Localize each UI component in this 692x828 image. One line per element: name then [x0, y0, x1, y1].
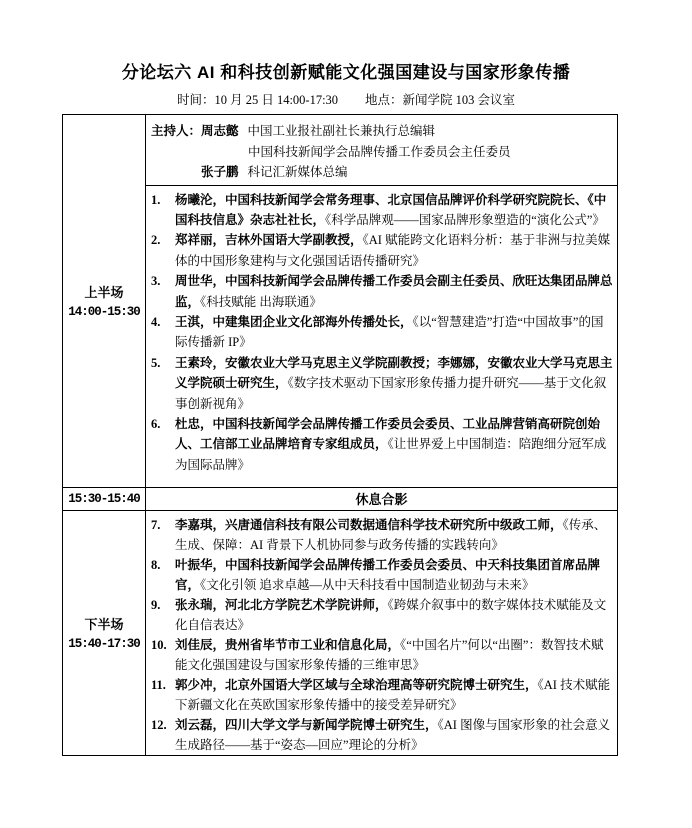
host-name: 张子鹏 [201, 165, 239, 179]
break-label-cell: 休息合影 [146, 487, 618, 510]
item-text: 王素玲，安徽农业大学马克思主义学院副教授；李娜娜，安徽农业大学马克思主义学院硕士… [175, 353, 613, 414]
item-number: 10. [151, 635, 175, 655]
session-time: 14:00-15:30 [63, 305, 145, 319]
host-name: 周志懿 [201, 124, 239, 138]
item-number: 3. [151, 271, 175, 291]
item-talk-title: 《科技赋能 出海联通》 [200, 295, 322, 309]
host-title: 科记汇新媒体总编 [248, 165, 348, 179]
break-time-cell: 15:30-15:40 [63, 487, 146, 510]
agenda-item: 5.王素玲，安徽农业大学马克思主义学院副教授；李娜娜，安徽农业大学马克思主义学院… [151, 353, 613, 414]
agenda-item: 12.刘云磊，四川大学文学与新闻学院博士研究生，《AI 图像与国家形象的社会意义… [151, 715, 613, 755]
item-speaker: 张永瑞，河北北方学院艺术学院讲师， [175, 598, 388, 612]
item-text: 周世华，中国科技新闻学会品牌传播工作委员会副主任委员、欣旺达集团品牌总监，《科技… [175, 271, 613, 312]
agenda-item: 6.杜忠，中国科技新闻学会品牌传播工作委员会委员、工业品牌营销高研院创始人、工信… [151, 414, 613, 475]
session-label: 上半场 [63, 282, 145, 301]
meta-time: 时间：10 月 25 日 14:00-17:30 [177, 93, 338, 107]
host-line: 中国科技新闻学会品牌传播工作委员会主任委员 [151, 142, 613, 163]
agenda-item: 1.杨曦沦，中国科技新闻学会常务理事、北京国信品牌评价科学研究院院长、《中国科技… [151, 190, 613, 231]
agenda-item: 2.郑祥丽，吉林外国语大学副教授，《AI 赋能跨文化语料分析：基于非洲与拉美媒体… [151, 230, 613, 271]
item-number: 7. [151, 515, 175, 535]
item-text: 王淇，中建集团企业文化部海外传播处长，《以“智慧建造”打造“中国故事”的国际传播… [175, 312, 613, 353]
session-label: 下半场 [63, 614, 145, 633]
item-number: 5. [151, 353, 175, 373]
item-text: 张永瑞，河北北方学院艺术学院讲师，《跨媒介叙事中的数字媒体技术赋能及文化自信表达… [175, 595, 613, 635]
host-label: 主持人： [151, 124, 201, 138]
item-number: 1. [151, 190, 175, 210]
item-talk-title: 《科学品牌观——国家品牌形象塑造的“演化公式”》 [325, 213, 605, 227]
session-cell-second-half: 下半场 15:40-17:30 [63, 510, 146, 755]
host-line: 主持人：周志懿中国工业报社副社长兼执行总编辑 [151, 121, 613, 142]
session-time: 15:40-17:30 [63, 637, 145, 651]
host-title: 中国工业报社副社长兼执行总编辑 [248, 124, 436, 138]
item-number: 6. [151, 414, 175, 434]
agenda-item: 8.叶振华，中国科技新闻学会品牌传播工作委员会委员、中天科技集团首席品牌官，《文… [151, 555, 613, 595]
item-number: 9. [151, 595, 175, 615]
item-speaker: 刘佳辰，贵州省毕节市工业和信息化局， [175, 638, 400, 652]
agenda-item: 4.王淇，中建集团企业文化部海外传播处长，《以“智慧建造”打造“中国故事”的国际… [151, 312, 613, 353]
agenda-table: 上半场 14:00-15:30 主持人：周志懿中国工业报社副社长兼执行总编辑 中… [62, 114, 618, 756]
session-cell-first-half: 上半场 14:00-15:30 [63, 115, 146, 488]
first-half-items-cell: 1.杨曦沦，中国科技新闻学会常务理事、北京国信品牌评价科学研究院院长、《中国科技… [146, 185, 618, 487]
item-number: 11. [151, 675, 175, 695]
host-cell: 主持人：周志懿中国工业报社副社长兼执行总编辑 中国科技新闻学会品牌传播工作委员会… [146, 115, 618, 186]
item-text: 叶振华，中国科技新闻学会品牌传播工作委员会委员、中天科技集团首席品牌官，《文化引… [175, 555, 613, 595]
item-text: 郭少冲，北京外国语大学区域与全球治理高等研究院博士研究生，《AI 技术赋能下新疆… [175, 675, 613, 715]
document-page: 分论坛六 AI 和科技创新赋能文化强国建设与国家形象传播 时间：10 月 25 … [0, 0, 692, 828]
agenda-item: 10.刘佳辰，贵州省毕节市工业和信息化局，《“中国名片”何以“出圈”：数智技术赋… [151, 635, 613, 675]
page-title: 分论坛六 AI 和科技创新赋能文化强国建设与国家形象传播 [0, 58, 692, 83]
host-line: 张子鹏科记汇新媒体总编 [151, 162, 613, 183]
item-talk-title: 《文化引领 追求卓越—从中天科技看中国制造业韧劲与未来》 [200, 578, 534, 592]
item-number: 12. [151, 715, 175, 735]
item-text: 杨曦沦，中国科技新闻学会常务理事、北京国信品牌评价科学研究院院长、《中国科技信息… [175, 190, 613, 231]
meta-line: 时间：10 月 25 日 14:00-17:30地点：新闻学院 103 会议室 [0, 90, 692, 108]
second-half-items-cell: 7.李嘉琪，兴唐通信科技有限公司数据通信科学技术研究所中级政工师，《传承、生成、… [146, 510, 618, 755]
agenda-item: 11.郭少冲，北京外国语大学区域与全球治理高等研究院博士研究生，《AI 技术赋能… [151, 675, 613, 715]
agenda-item: 7.李嘉琪，兴唐通信科技有限公司数据通信科学技术研究所中级政工师，《传承、生成、… [151, 515, 613, 555]
item-number: 2. [151, 230, 175, 250]
meta-location: 地点：新闻学院 103 会议室 [365, 93, 515, 107]
agenda-item: 9.张永瑞，河北北方学院艺术学院讲师，《跨媒介叙事中的数字媒体技术赋能及文化自信… [151, 595, 613, 635]
item-speaker: 郭少冲，北京外国语大学区域与全球治理高等研究院博士研究生， [175, 678, 538, 692]
item-number: 4. [151, 312, 175, 332]
item-text: 刘云磊，四川大学文学与新闻学院博士研究生，《AI 图像与国家形象的社会意义生成路… [175, 715, 613, 755]
item-speaker: 李嘉琪，兴唐通信科技有限公司数据通信科学技术研究所中级政工师， [175, 518, 563, 532]
item-speaker: 郑祥丽，吉林外国语大学副教授， [175, 233, 363, 247]
host-title: 中国科技新闻学会品牌传播工作委员会主任委员 [248, 145, 511, 159]
agenda-item: 3.周世华，中国科技新闻学会品牌传播工作委员会副主任委员、欣旺达集团品牌总监，《… [151, 271, 613, 312]
item-text: 杜忠，中国科技新闻学会品牌传播工作委员会委员、工业品牌营销高研院创始人、工信部工… [175, 414, 613, 475]
item-text: 李嘉琪，兴唐通信科技有限公司数据通信科学技术研究所中级政工师，《传承、生成、保障… [175, 515, 613, 555]
item-text: 刘佳辰，贵州省毕节市工业和信息化局，《“中国名片”何以“出圈”：数智技术赋能文化… [175, 635, 613, 675]
item-number: 8. [151, 555, 175, 575]
item-speaker: 刘云磊，四川大学文学与新闻学院博士研究生， [175, 718, 438, 732]
item-speaker: 王淇，中建集团企业文化部海外传播处长， [175, 315, 413, 329]
item-text: 郑祥丽，吉林外国语大学副教授，《AI 赋能跨文化语料分析：基于非洲与拉美媒体的中… [175, 230, 613, 271]
